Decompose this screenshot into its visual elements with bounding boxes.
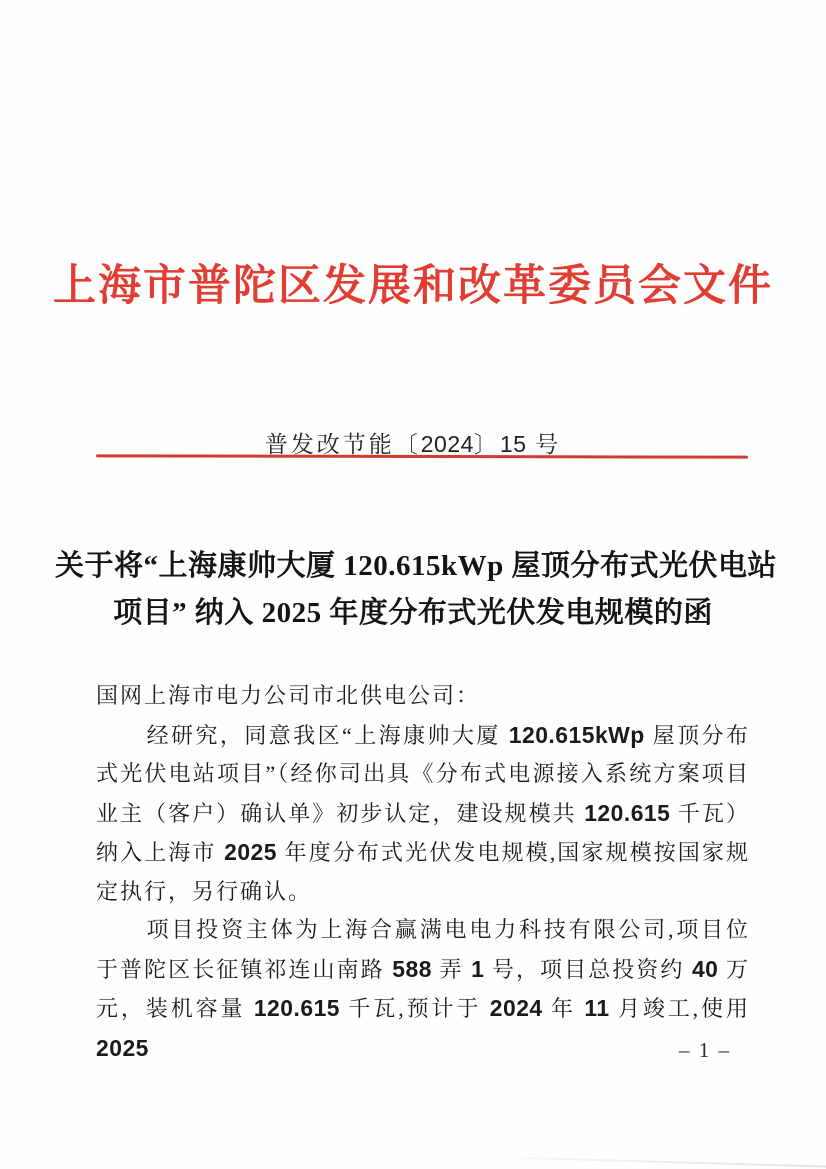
latin-numeral-run: 120.615 [254,995,340,1021]
document-title-line-2: 项目” 纳入 2025 年度分布式光伏发电规模的函 [55,590,771,637]
latin-numeral-run: 2025 [224,839,277,865]
document-body: 国网上海市电力公司市北供电公司： 经研究，同意我区“上海康帅大厦 120.615… [96,677,750,1068]
document-title: 关于将“上海康帅大厦 120.615kWp 屋顶分布式光伏电站 项目” 纳入 2… [55,543,771,637]
page-number: – 1 – [620,1038,790,1063]
latin-numeral-run: 2024 [490,995,543,1021]
latin-numeral-run: 11 [584,995,609,1021]
issuing-authority-masthead: 上海市普陀区发展和改革委员会文件 [0,252,826,313]
latin-numeral-run: 15 [500,431,527,457]
latin-numeral-run: 40 [692,956,718,982]
body-paragraph-approval: 经研究，同意我区“上海康帅大厦 120.615kWp 屋顶分布式光伏电站项目”（… [96,716,750,912]
latin-numeral-run: 2025 [96,1035,149,1061]
latin-numeral-run: 2024 [421,431,474,457]
scan-edge-shadow [522,1157,826,1168]
scanned-document-page: 上海市普陀区发展和改革委员会文件 普发改节能〔2024〕15 号 关于将“上海康… [0,0,826,1169]
latin-numeral-run: 120.615 [584,800,670,826]
latin-numeral-run: 120.615kWp [509,722,645,748]
latin-numeral-run: 588 [392,956,432,982]
document-title-line-1: 关于将“上海康帅大厦 120.615kWp 屋顶分布式光伏电站 [55,543,771,590]
recipient-salutation: 国网上海市电力公司市北供电公司： [96,677,750,716]
latin-numeral-run: 1 [471,956,484,982]
